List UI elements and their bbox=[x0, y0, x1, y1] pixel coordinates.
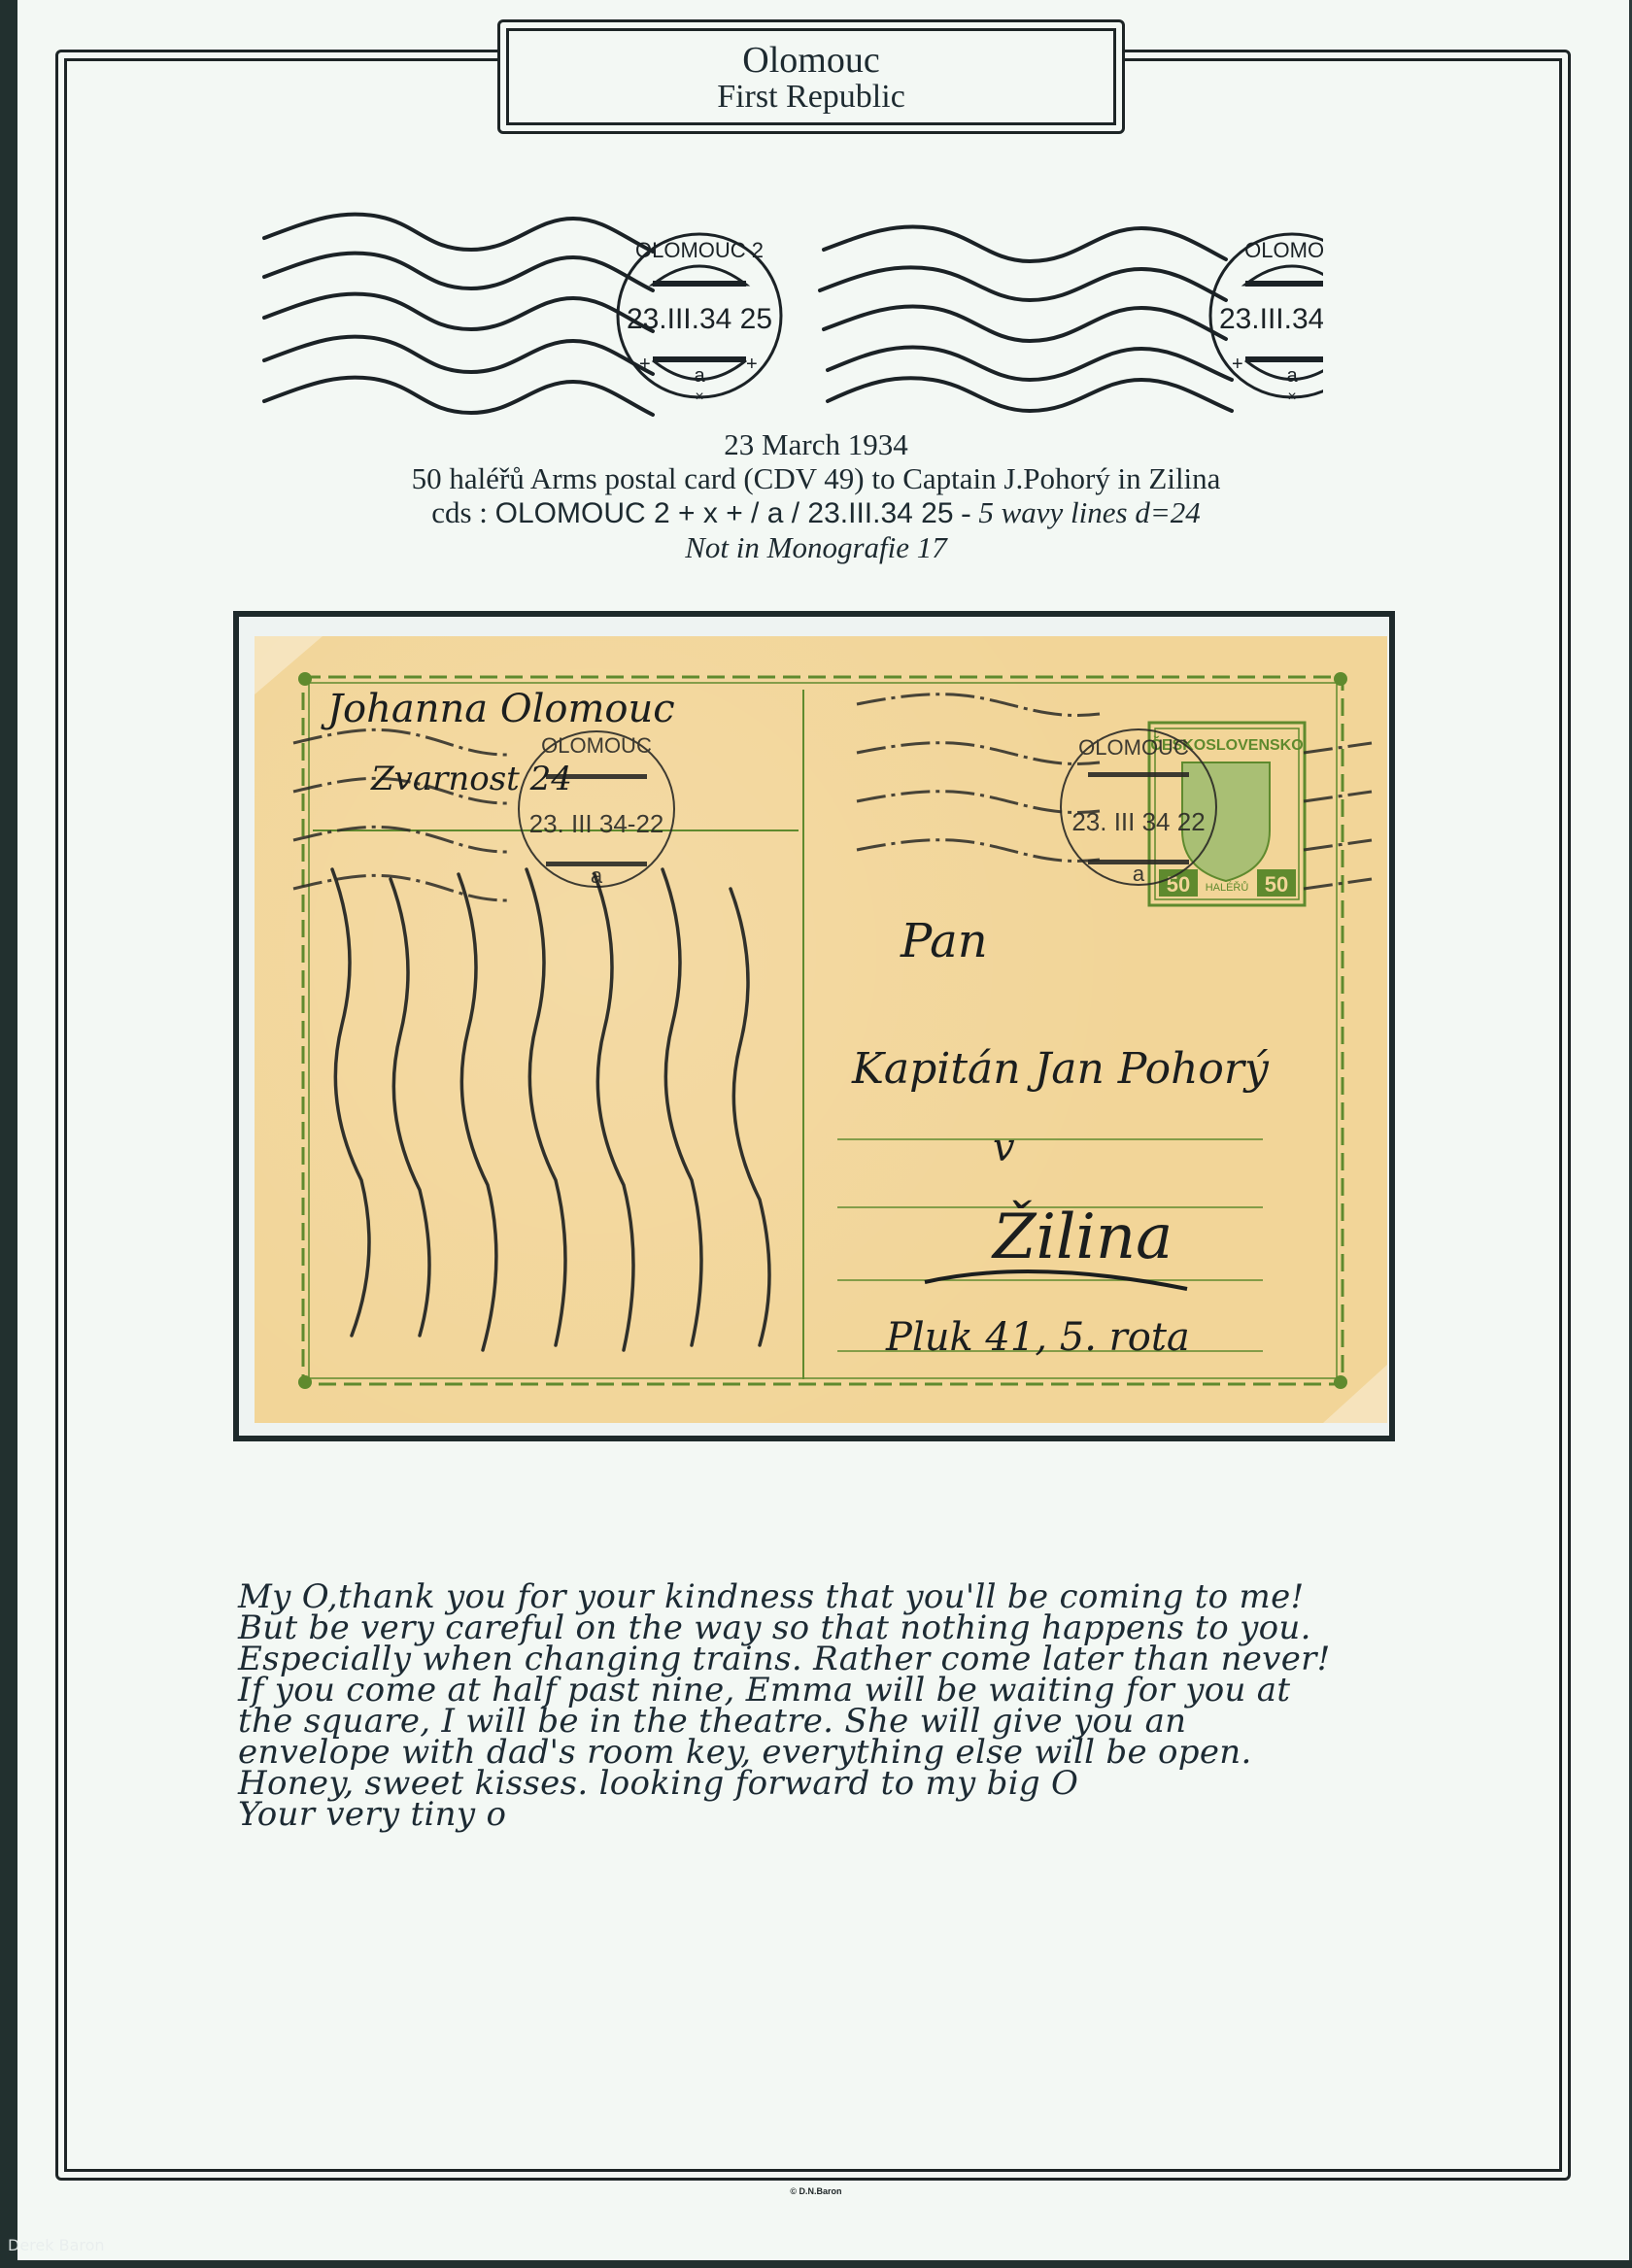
card-mount: ČESKOSLOVENSKO 50 HALÉŘŮ 50 bbox=[233, 611, 1395, 1441]
wavy-lines-right bbox=[820, 226, 1232, 411]
postmark-right-letter: a bbox=[1133, 862, 1145, 886]
datestamp-2-date: 23.III.34 25 bbox=[1219, 303, 1341, 335]
address-preposition: v bbox=[993, 1126, 1015, 1170]
address-handwriting: Pan Kapitán Jan Pohorý v Žilina Pluk 41,… bbox=[851, 914, 1270, 1360]
translation-line: Your very tiny o bbox=[238, 1799, 1404, 1830]
postmark-left-date: 23. III 34-22 bbox=[529, 809, 664, 838]
message-handwriting bbox=[332, 869, 769, 1350]
postal-card-artwork: ČESKOSLOVENSKO 50 HALÉŘŮ 50 bbox=[255, 636, 1387, 1423]
stamp-value-left: 50 bbox=[1167, 872, 1190, 897]
datestamp-1-letter: a bbox=[694, 365, 705, 387]
datestamp-1-date: 23.III.34 25 bbox=[627, 303, 772, 335]
datestamp-2-letter: a bbox=[1286, 365, 1298, 387]
postmark-left: OLOMOUC 23. III 34-22 a bbox=[519, 731, 674, 888]
cds-text: OLOMOUC 2 + x + / a / 23.III.34 25 bbox=[495, 497, 954, 529]
stamp-value-right: 50 bbox=[1265, 872, 1288, 897]
description-cds: cds : OLOMOUC 2 + x + / a / 23.III.34 25… bbox=[0, 495, 1632, 530]
x-mark-icon: × bbox=[695, 389, 703, 405]
cancellation-illustration: OLOMOUC 2 23.III.34 25 a + + × OLOMOUC 2… bbox=[253, 199, 1341, 423]
copyright-notice: © D.N.Baron bbox=[0, 2186, 1632, 2196]
cds-prefix: cds : bbox=[431, 495, 494, 529]
postmark-right: OLOMOUC 23. III 34 22 a bbox=[1061, 729, 1216, 886]
item-description: 23 March 1934 50 haléřů Arms postal card… bbox=[0, 427, 1632, 564]
page-title: Olomouc bbox=[509, 41, 1113, 80]
corner-mount-tab bbox=[255, 636, 323, 694]
wavy-lines-left bbox=[264, 214, 653, 415]
cds-suffix: - 5 wavy lines d=24 bbox=[954, 495, 1201, 529]
datestamp-1-town: OLOMOUC 2 bbox=[635, 238, 764, 262]
description-date: 23 March 1934 bbox=[0, 427, 1632, 461]
datestamp-2-town: OLOMOUC bbox=[1244, 238, 1341, 262]
sender-street: Zvarnost 24 bbox=[370, 760, 572, 798]
description-item: 50 haléřů Arms postal card (CDV 49) to C… bbox=[0, 461, 1632, 495]
postmark-left-town: OLOMOUC bbox=[541, 733, 652, 758]
x-mark-icon: × bbox=[1287, 389, 1296, 405]
page-subtitle: First Republic bbox=[509, 80, 1113, 115]
address-city: Žilina bbox=[991, 1201, 1173, 1273]
cross-icon: + bbox=[746, 354, 758, 375]
corner-mount-tab bbox=[1323, 1365, 1387, 1423]
scan-edge-left bbox=[0, 0, 17, 2268]
postal-card: ČESKOSLOVENSKO 50 HALÉŘŮ 50 bbox=[255, 636, 1387, 1423]
address-salutation: Pan bbox=[900, 914, 988, 968]
sender-name: Johanna Olomouc bbox=[321, 687, 675, 731]
circular-datestamp-1: OLOMOUC 2 23.III.34 25 a + + × bbox=[618, 234, 781, 405]
postmark-right-date: 23. III 34 22 bbox=[1071, 807, 1205, 836]
stamp-currency: HALÉŘŮ bbox=[1206, 881, 1249, 894]
message-translation: My O,thank you for your kindness that yo… bbox=[238, 1581, 1404, 1830]
title-box: Olomouc First Republic bbox=[497, 19, 1125, 134]
description-note: Not in Monografie 17 bbox=[0, 530, 1632, 564]
scan-edge-bottom bbox=[0, 2260, 1632, 2268]
cross-icon: + bbox=[1232, 354, 1243, 375]
postmark-right-town: OLOMOUC bbox=[1078, 735, 1189, 760]
address-unit: Pluk 41, 5. rota bbox=[885, 1315, 1190, 1360]
cross-icon: + bbox=[639, 354, 651, 375]
address-name: Kapitán Jan Pohorý bbox=[851, 1044, 1270, 1094]
scan-watermark: Derek Baron bbox=[8, 2236, 105, 2254]
